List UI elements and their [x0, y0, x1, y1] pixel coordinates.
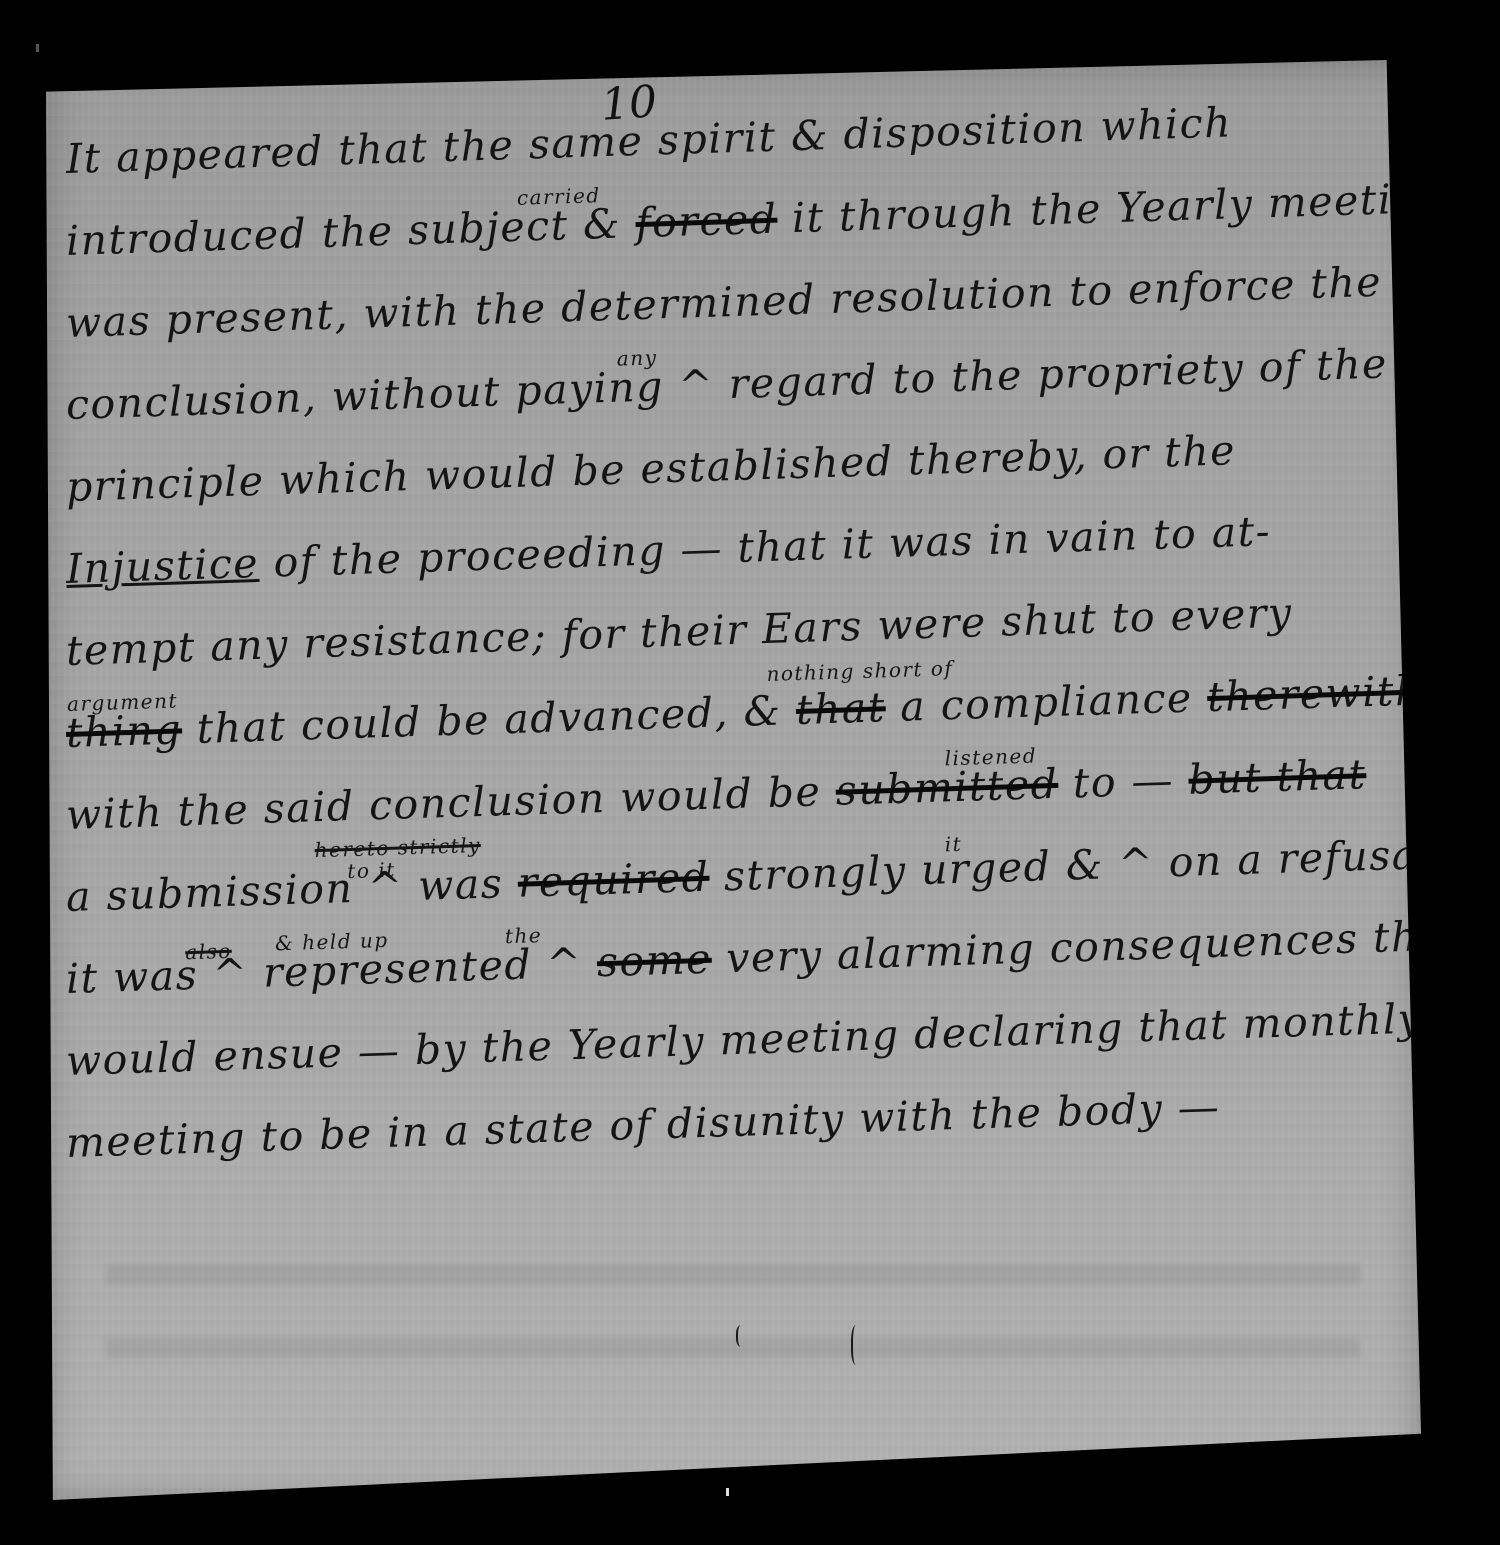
line-text: that could be advanced, &: [181, 686, 796, 753]
interlinear-insertion: to it: [347, 860, 396, 882]
bleed-through-text: [106, 1265, 1361, 1285]
deleted-word: required: [517, 853, 710, 907]
interlinear-insertion: any: [617, 347, 658, 368]
line-text: it through the Yearly meeting,: [777, 173, 1464, 243]
line-text: a submission ^ was: [65, 859, 518, 921]
line-text: strongly urged & ^ on a refusal: [709, 830, 1448, 901]
interlinear-insertion: the: [505, 925, 543, 946]
line-text: introduced the subject &: [65, 199, 636, 265]
line-text: to —: [1058, 756, 1190, 808]
deleted-insertion: also: [185, 941, 232, 962]
deleted-word: that: [795, 683, 886, 734]
bleed-through-text: [106, 1338, 1361, 1358]
line-text: very alarming consequences that: [711, 911, 1463, 983]
interlinear-insertion: it: [944, 834, 962, 855]
interlinear-insertion: carried: [517, 185, 601, 208]
scan-dust-mark: [726, 1488, 729, 1496]
manuscript-text: It appeared that the same spirit & dispo…: [66, 118, 1386, 1184]
line-text: a compliance: [885, 673, 1208, 731]
deleted-word: therewith: [1206, 666, 1423, 721]
ink-blot-mark: [851, 1325, 863, 1365]
line-text: of the proceeding — that it was in vain …: [258, 507, 1271, 587]
interlinear-insertion: nothing short of: [766, 658, 953, 684]
deleted-word: forced: [635, 195, 778, 247]
interlinear-insertion: listened: [944, 745, 1037, 768]
underlined-word: Injustice: [65, 539, 259, 593]
interlinear-insertion: & held up: [275, 930, 389, 954]
manuscript-page: 10 It appeared that the same spirit & di…: [46, 60, 1421, 1500]
deleted-insertion: hereto strictly: [314, 835, 481, 860]
deleted-word: but that: [1188, 750, 1367, 804]
scan-dust-mark: [36, 44, 39, 52]
line-text: with the said conclusion would be: [65, 767, 836, 839]
ink-blot-mark: [736, 1325, 748, 1347]
deleted-word: some: [596, 935, 712, 987]
interlinear-insertion: argument: [67, 690, 178, 713]
